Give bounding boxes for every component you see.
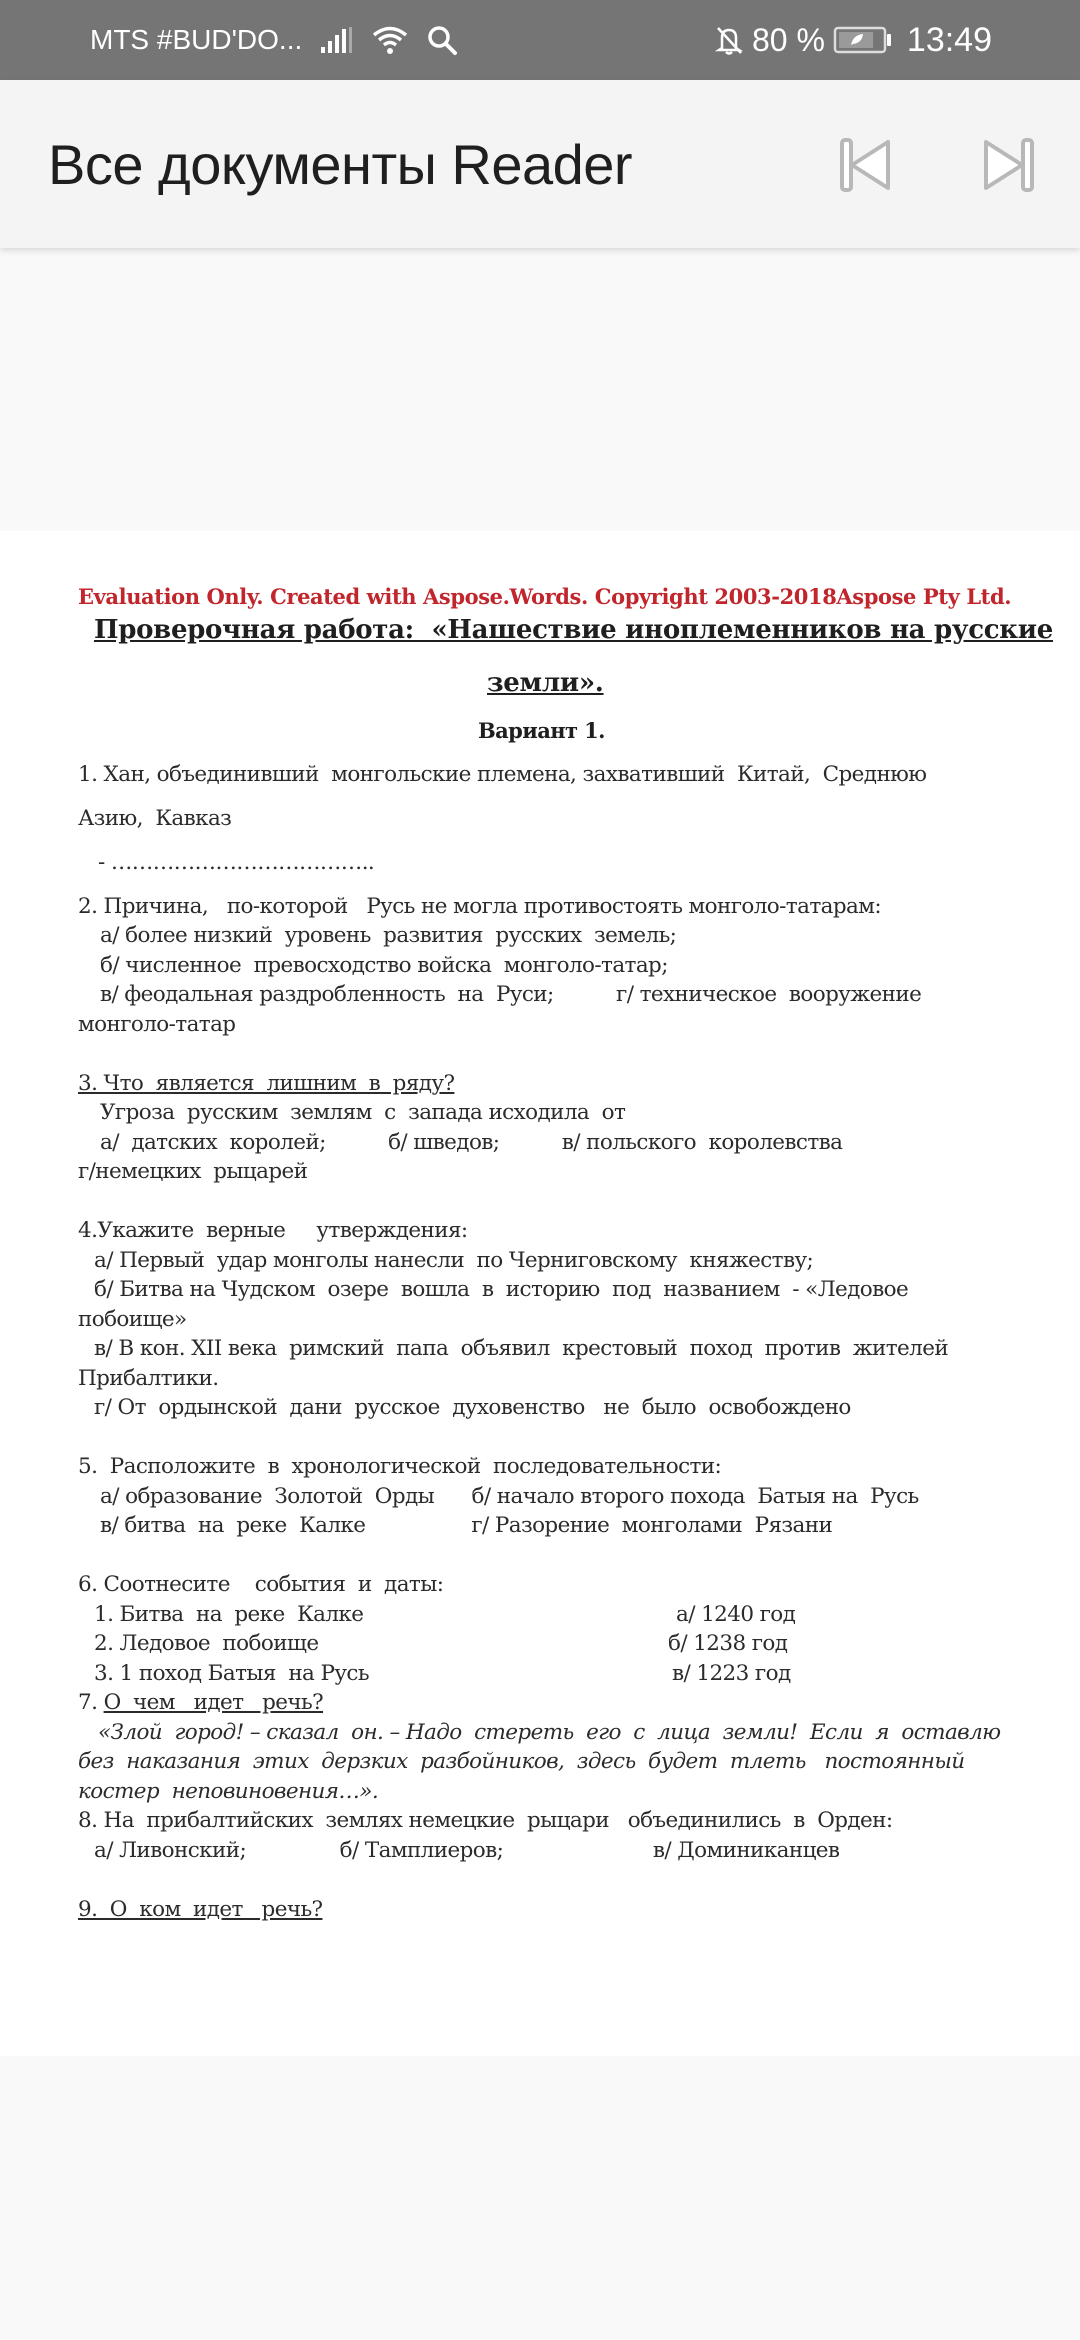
- skip-previous-icon: [838, 137, 892, 193]
- question-4-option-b-cont: побоище»: [78, 1307, 187, 1333]
- app-title: Все документы Reader: [48, 132, 632, 197]
- question-6-event-1: 1. Битва на реке Калке: [94, 1602, 363, 1628]
- question-4-option-b: б/ Битва на Чудском озере вошла в истори…: [94, 1277, 908, 1303]
- question-4-option-d: г/ От ордынской дани русское духовенство…: [94, 1395, 851, 1421]
- watermark-text: Evaluation Only. Created with Aspose.Wor…: [78, 584, 1011, 610]
- question-6-date-b: б/ 1238 год: [668, 1631, 787, 1657]
- variant-label: Вариант 1.: [478, 718, 605, 744]
- app-bar: Все документы Reader: [0, 80, 1080, 248]
- question-4-option-c-cont: Прибалтики.: [78, 1366, 219, 1392]
- document-title: Проверочная работа: «Нашествие иноплемен…: [94, 612, 1053, 648]
- bell-off-icon: [714, 24, 744, 56]
- clock: 13:49: [907, 21, 992, 60]
- question-1-cont: Азию, Кавказ: [78, 806, 231, 832]
- status-bar-right: 80 % 13:49: [714, 0, 992, 80]
- question-2-option-c-d: в/ феодальная раздробленность на Руси; г…: [100, 982, 921, 1008]
- question-6-date-c: в/ 1223 год: [672, 1661, 791, 1687]
- question-3: 3. Что является лишним в ряду?: [78, 1071, 454, 1097]
- question-8: 8. На прибалтийских землях немецкие рыца…: [78, 1808, 893, 1834]
- question-4-option-a: а/ Первый удар монголы нанесли по Черниг…: [94, 1248, 813, 1274]
- battery-icon: [833, 26, 893, 54]
- question-6-event-3: 3. 1 поход Батыя на Русь: [94, 1661, 369, 1687]
- battery-percent: 80 %: [752, 22, 825, 59]
- next-document-button[interactable]: [982, 137, 1036, 193]
- question-6: 6. Соотнесите события и даты:: [78, 1572, 443, 1598]
- question-4: 4.Укажите верные утверждения:: [78, 1218, 468, 1244]
- status-bar-left: MTS #BUD'DO...: [90, 0, 458, 80]
- wifi-icon: [372, 25, 408, 55]
- question-3-options: а/ датских королей; б/ шведов; в/ польск…: [100, 1130, 842, 1156]
- skip-next-icon: [982, 137, 1036, 193]
- question-7-quote-1: «Злой город! – сказал он. – Надо стереть…: [98, 1720, 1001, 1746]
- question-4-option-c: в/ В кон. XII века римский папа объявил …: [94, 1336, 948, 1362]
- question-5-row-2: в/ битва на реке Калке г/ Разорение монг…: [100, 1513, 832, 1539]
- question-7-quote-2: без наказания этих дерзких разбойников, …: [78, 1749, 965, 1775]
- question-3-option-d: г/немецких рыцарей: [78, 1159, 307, 1185]
- question-7-text: О чем идет речь?: [104, 1690, 323, 1715]
- question-9: 9. О ком идет речь?: [78, 1897, 322, 1923]
- question-2-option-d-cont: монголо-татар: [78, 1012, 235, 1038]
- question-3-intro: Угроза русским землям с запада исходила …: [100, 1100, 625, 1126]
- signal-icon: [320, 26, 354, 54]
- document-title-cont: земли».: [487, 665, 604, 701]
- previous-document-button[interactable]: [838, 137, 892, 193]
- question-7: 7. О чем идет речь?: [78, 1690, 323, 1716]
- question-6-date-a: а/ 1240 год: [676, 1602, 795, 1628]
- question-2-option-a: а/ более низкий уровень развития русских…: [100, 923, 676, 949]
- question-5-row-1: а/ образование Золотой Орды б/ начало вт…: [100, 1484, 919, 1510]
- answer-blank: - ………………………………..: [98, 850, 374, 876]
- question-2: 2. Причина, по-которой Русь не могла про…: [78, 894, 881, 920]
- search-icon: [426, 24, 458, 56]
- question-8-options: а/ Ливонский; б/ Тамплиеров; в/ Доминика…: [94, 1838, 839, 1864]
- question-5: 5. Расположите в хронологической последо…: [78, 1454, 721, 1480]
- question-1: 1. Хан, объединивший монгольские племена…: [78, 762, 926, 788]
- carrier-name: MTS #BUD'DO...: [90, 24, 302, 56]
- question-2-option-b: б/ численное превосходство войска монгол…: [100, 953, 668, 979]
- status-bar: MTS #BUD'DO...: [0, 0, 1080, 80]
- question-7-quote-3: костер неповиновения…».: [78, 1779, 378, 1805]
- question-6-event-2: 2. Ледовое побоище: [94, 1631, 318, 1657]
- question-7-number: 7.: [78, 1690, 104, 1715]
